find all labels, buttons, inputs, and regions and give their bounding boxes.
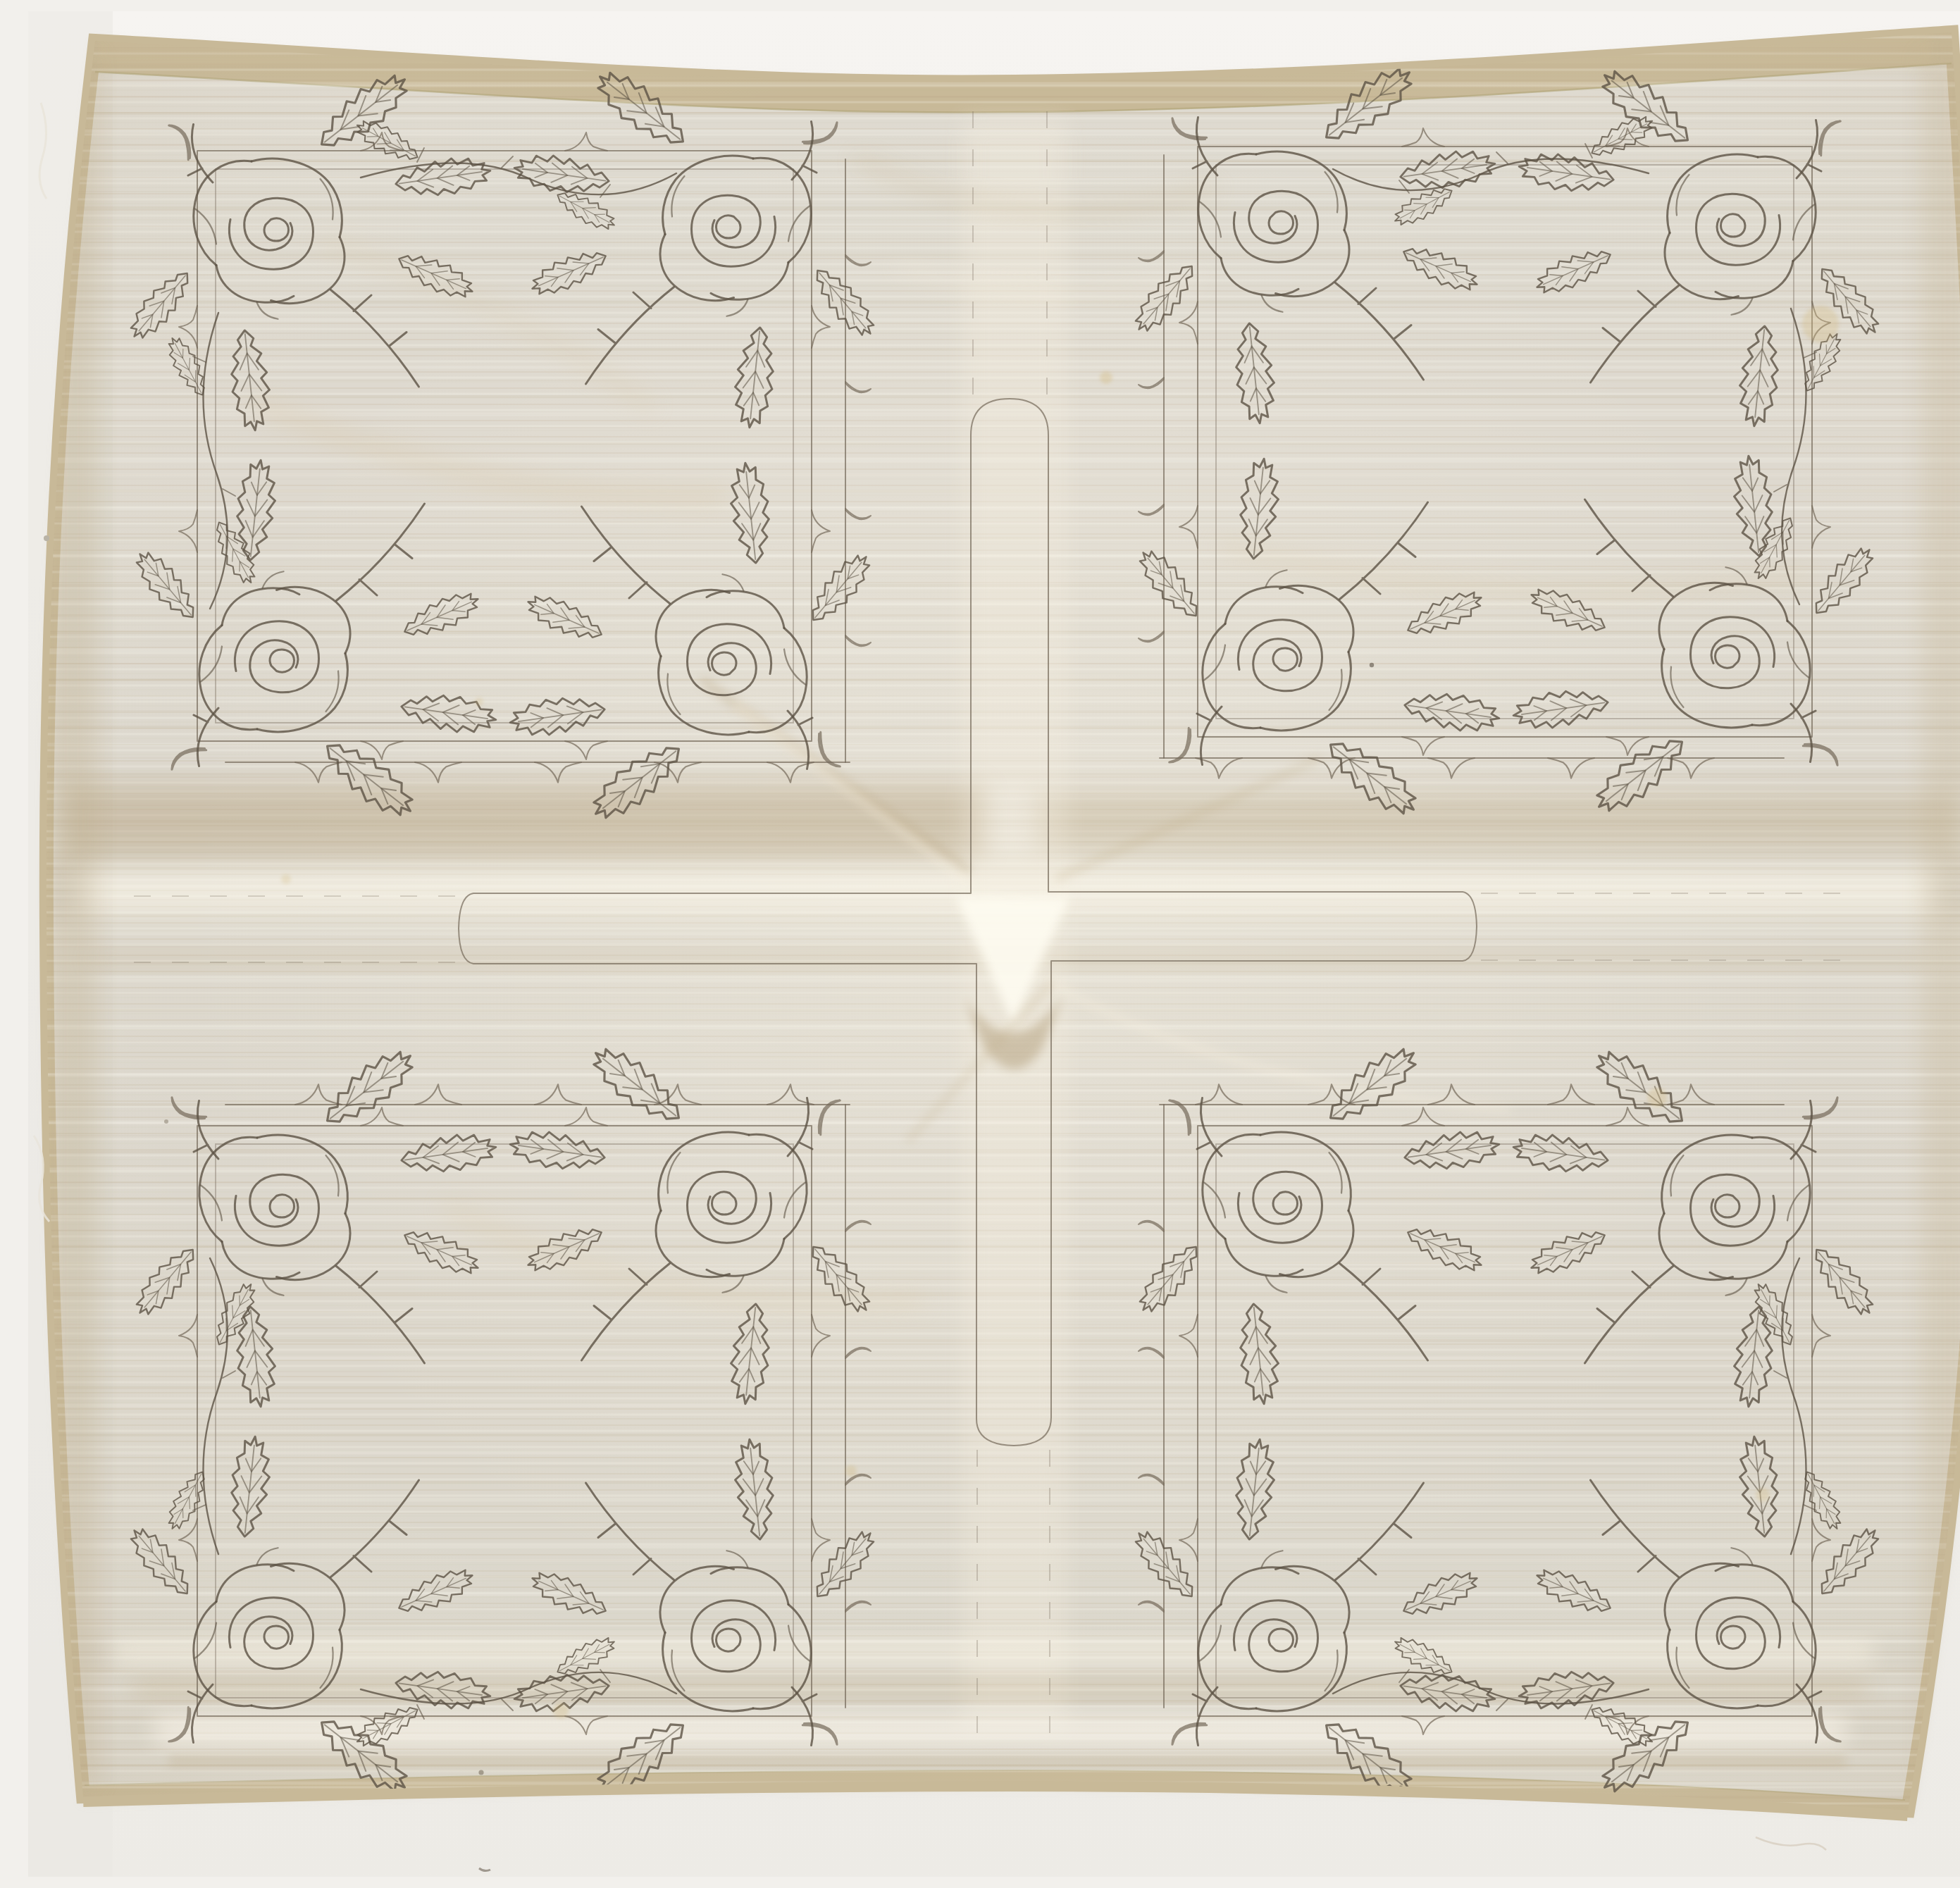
scanned-textile-photo: Cream silk satin panel marked in ink wit… <box>28 11 1960 1877</box>
textile-illustration <box>28 11 1960 1877</box>
